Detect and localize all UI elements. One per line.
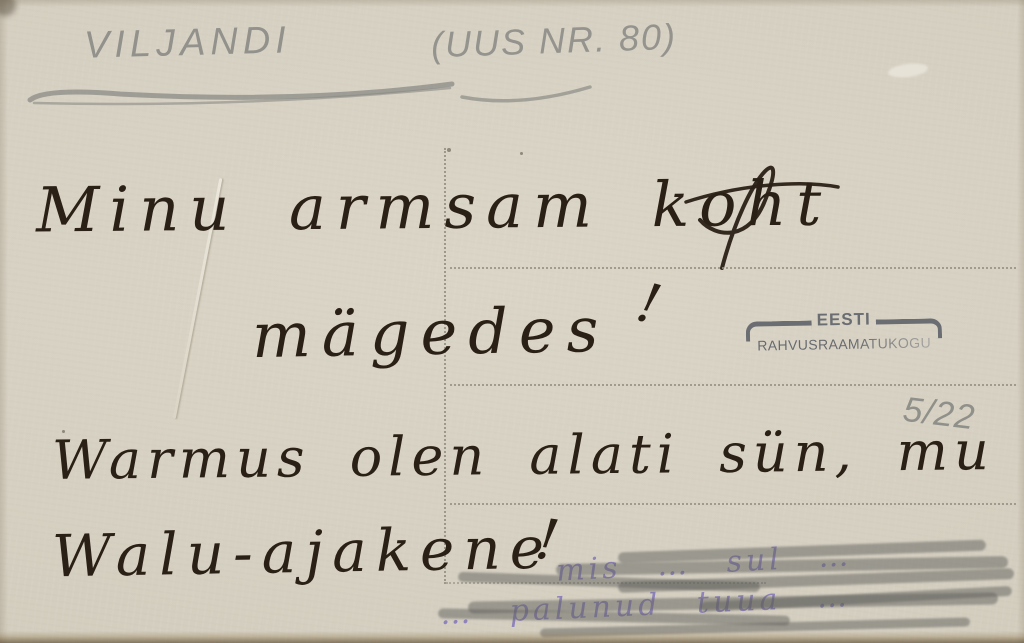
underline-sweep-stroke [34, 88, 450, 104]
paper-blemish [887, 62, 928, 80]
paper-corner-shadow [0, 0, 16, 16]
paper-edge-top [0, 0, 1024, 7]
paper-speck [62, 430, 65, 433]
message-line-2: mägedes [251, 293, 610, 372]
library-stamp: EESTI RAHVUSRAAMATUKOGU [746, 318, 943, 353]
message-line-2-exclamation: ! [631, 270, 667, 336]
address-line-3 [450, 503, 1016, 505]
paper-speck [520, 152, 523, 155]
address-line-2 [450, 384, 1016, 386]
message-line-1: Minu armsam koht [36, 167, 832, 247]
place-annotation: VILJANDI [83, 19, 291, 67]
underline-sweep-stroke [30, 84, 452, 100]
stamp-country-label: EESTI [817, 311, 871, 329]
message-line-3: Warmus olen alati sün, mu [52, 419, 995, 492]
postcard-scan: VILJANDI (UUS NR. 80) 5/22 EESTI RAHVUSR… [0, 0, 1024, 643]
number-annotation: (UUS NR. 80) [430, 16, 677, 67]
address-line-1 [450, 267, 1016, 269]
paper-speck [447, 148, 451, 152]
paper-edge-right [1017, 0, 1024, 643]
underline-small-stroke [462, 87, 590, 101]
stamp-institution-label: RAHVUSRAAMATUKOGU [746, 334, 942, 353]
paper-edge-left [0, 0, 8, 643]
paper-edge-bottom [0, 631, 1024, 643]
